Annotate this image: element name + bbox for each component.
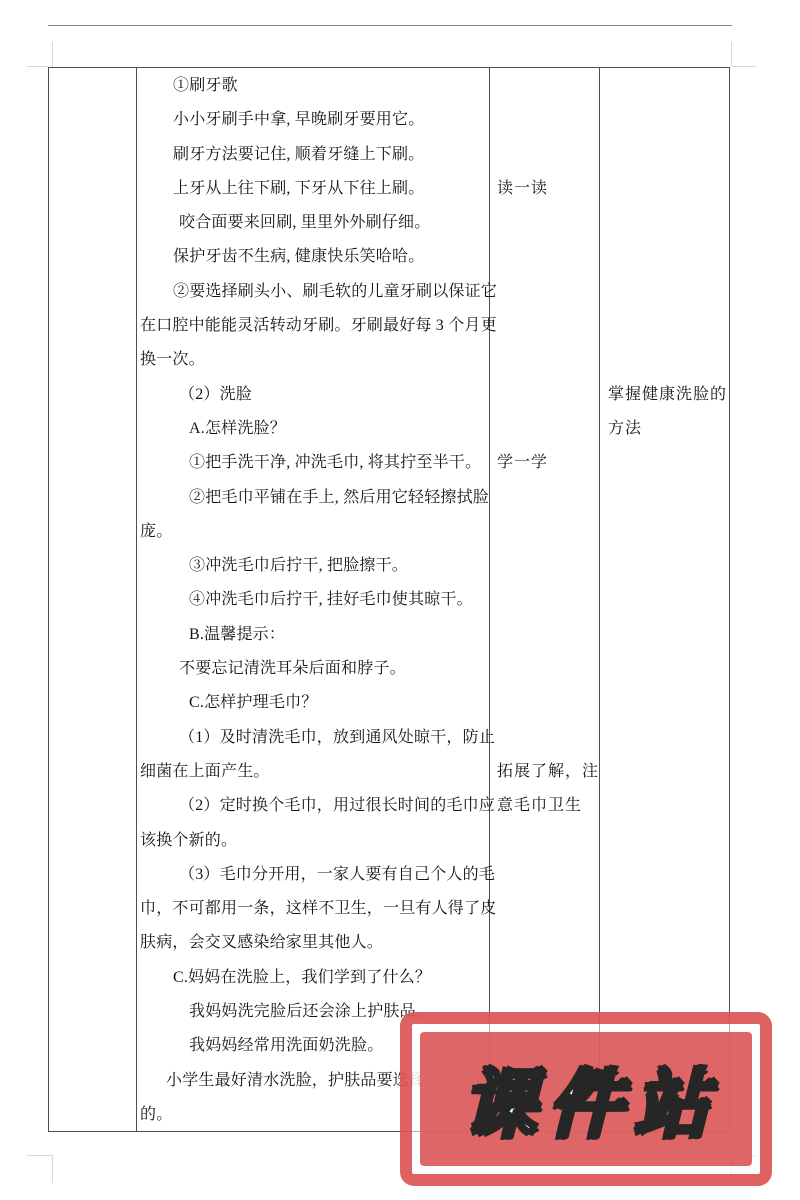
crop-mark-top-right <box>731 42 732 67</box>
text-line: A.怎样洗脸？ <box>137 412 488 446</box>
text-line: 换一次。 <box>137 343 488 377</box>
text-line-normal: 小学生最好清水洗脸，护肤品要选 <box>166 1072 409 1089</box>
text-line: ①把手洗干净, 冲洗毛巾, 将其拧至半干。 <box>137 446 488 480</box>
table-col-content: ①刷牙歌 小小牙刷手中拿, 早晚刷牙要用它。 刷牙方法要记住, 顺着牙缝上下刷。… <box>137 68 488 1131</box>
crop-mark-bottom-left <box>52 1155 53 1183</box>
text-line: 在口腔中能能灵活转动牙刷。牙刷最好每 3 个月更 <box>137 309 488 343</box>
watermark-stamp-text: 课件站 <box>452 1046 720 1152</box>
text-line: 庞。 <box>137 515 488 549</box>
crop-mark-top-right <box>732 66 756 67</box>
watermark-stamp: 课件站 <box>400 1012 772 1186</box>
text-line: 细菌在上面产生。 <box>137 755 488 789</box>
text-line: 咬合面要来回刷, 里里外外刷仔细。 <box>137 206 488 240</box>
text-line: （2）洗脸 <box>137 378 488 412</box>
activity-label-learn: 学一学 <box>497 446 548 480</box>
lesson-table: ①刷牙歌 小小牙刷手中拿, 早晚刷牙要用它。 刷牙方法要记住, 顺着牙缝上下刷。… <box>48 67 730 1132</box>
table-col-goal: 掌握健康洗脸的 方法 <box>600 68 729 1131</box>
text-line: B.温馨提示： <box>137 618 488 652</box>
text-line: 小小牙刷手中拿, 早晚刷牙要用它。 <box>137 103 488 137</box>
table-col-activity: 读一读 学一学 拓展了解，注 意毛巾卫生 <box>490 68 599 1131</box>
activity-label-expand-line: 拓展了解，注 <box>497 755 599 789</box>
text-line: 巾，不可都用一条，这样不卫生，一旦有人得了皮 <box>137 892 488 926</box>
document-page: ①刷牙歌 小小牙刷手中拿, 早晚刷牙要用它。 刷牙方法要记住, 顺着牙缝上下刷。… <box>0 0 800 1200</box>
text-line: （2）定时换个毛巾，用过很长时间的毛巾应 <box>137 789 488 823</box>
crop-mark-top-left <box>52 42 53 67</box>
text-line: C.怎样护理毛巾？ <box>137 686 488 720</box>
text-line: 保护牙齿不生病, 健康快乐笑哈哈。 <box>137 240 488 274</box>
text-line: 肤病，会交叉感染给家里其他人。 <box>137 926 488 960</box>
text-line: 不要忘记清洗耳朵后面和脖子。 <box>137 652 488 686</box>
text-line: C.妈妈在洗脸上，我们学到了什么？ <box>137 961 488 995</box>
text-line: ②把毛巾平铺在手上, 然后用它轻轻擦拭脸 <box>137 481 488 515</box>
watermark-stamp-inner: 课件站 <box>420 1032 752 1166</box>
activity-label-expand: 拓展了解，注 意毛巾卫生 <box>497 755 599 824</box>
crop-mark-top-left <box>27 66 48 67</box>
text-line: （3）毛巾分开用，一家人要有自己个人的毛 <box>137 858 488 892</box>
activity-label-expand-line: 意毛巾卫生 <box>497 789 599 823</box>
goal-label-line: 方法 <box>608 412 727 446</box>
text-line: 刷牙方法要记住, 顺着牙缝上下刷。 <box>137 138 488 172</box>
text-line: ④冲洗毛巾后拧干, 挂好毛巾使其晾干。 <box>137 583 488 617</box>
text-line: ③冲洗毛巾后拧干, 把脸擦干。 <box>137 549 488 583</box>
goal-label-line: 掌握健康洗脸的 <box>608 378 727 412</box>
crop-mark-bottom-left <box>27 1155 53 1156</box>
goal-label: 掌握健康洗脸的 方法 <box>608 378 727 447</box>
activity-label-read: 读一读 <box>497 172 548 206</box>
text-line: （1）及时清洗毛巾，放到通风处晾干，防止 <box>137 721 488 755</box>
text-line: 该换个新的。 <box>137 824 488 858</box>
header-rule <box>48 25 732 26</box>
text-line: 上牙从上往下刷, 下牙从下往上刷。 <box>137 172 488 206</box>
text-line: ②要选择刷头小、刷毛软的儿童牙刷以保证它 <box>137 275 488 309</box>
text-line: ①刷牙歌 <box>137 69 488 103</box>
